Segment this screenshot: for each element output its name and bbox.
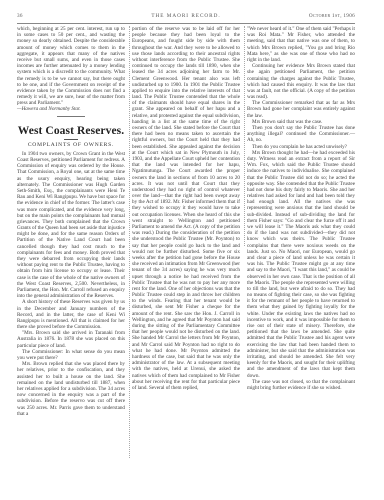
column-1: which, beginning at 25 per cent. interes… (17, 26, 125, 417)
header-rule (17, 23, 355, 24)
column-divider (244, 26, 245, 246)
article-headline: West Coast Reserves. (17, 125, 125, 138)
newspaper-page: 36 THE MAORI RECORD. October 1st, 1906 w… (17, 0, 355, 500)
article-paragraph: portion of the reserve was to be laid of… (132, 26, 240, 391)
source-attribution: —Hawera and Normanby Star. (17, 106, 125, 112)
issue-date: October 1st, 1906 (309, 13, 355, 19)
column-2: portion of the reserve was to be laid of… (132, 26, 240, 391)
article-paragraph: A short history of these Reserves was gi… (17, 299, 125, 330)
article-paragraph: Continuing her evidence Mrs Brown stated… (247, 63, 355, 100)
column-3: "We never heard of it." One of them said… (247, 26, 355, 391)
article-paragraph: The Commissioner: In what sense do you m… (17, 349, 125, 361)
column-divider (129, 26, 130, 458)
article-paragraph: Then do you complain he has acted unwise… (247, 144, 355, 150)
article-paragraph: "We never heard of it." One of them said… (247, 26, 355, 63)
article-paragraph: Then you don't say the Public Trustee ha… (247, 125, 355, 144)
article-paragraph: The Commissioner remarked that as far as… (247, 100, 355, 119)
article-paragraph: Mrs. Brown replied that she was placed t… (17, 361, 125, 417)
article-paragraph: In 1904 two owners, by Crown Grant in th… (17, 151, 125, 300)
continued-paragraph: which, beginning at 25 per cent. interes… (17, 26, 125, 106)
article-paragraph: The case was not closed, so that the com… (247, 379, 355, 391)
article-paragraph: "Mrs. Brown said she arrived in Taranaki… (17, 330, 125, 349)
running-header: 36 THE MAORI RECORD. October 1st, 1906 (17, 13, 355, 23)
article-separator (57, 116, 85, 117)
article-paragraph: Mrs Brown thought he had—he had exceeded… (247, 150, 355, 379)
headline-rule (64, 139, 78, 140)
publication-title: THE MAORI RECORD. (17, 13, 355, 19)
article-subheadline: COMPLAINTS OF OWNERS. (17, 142, 125, 148)
